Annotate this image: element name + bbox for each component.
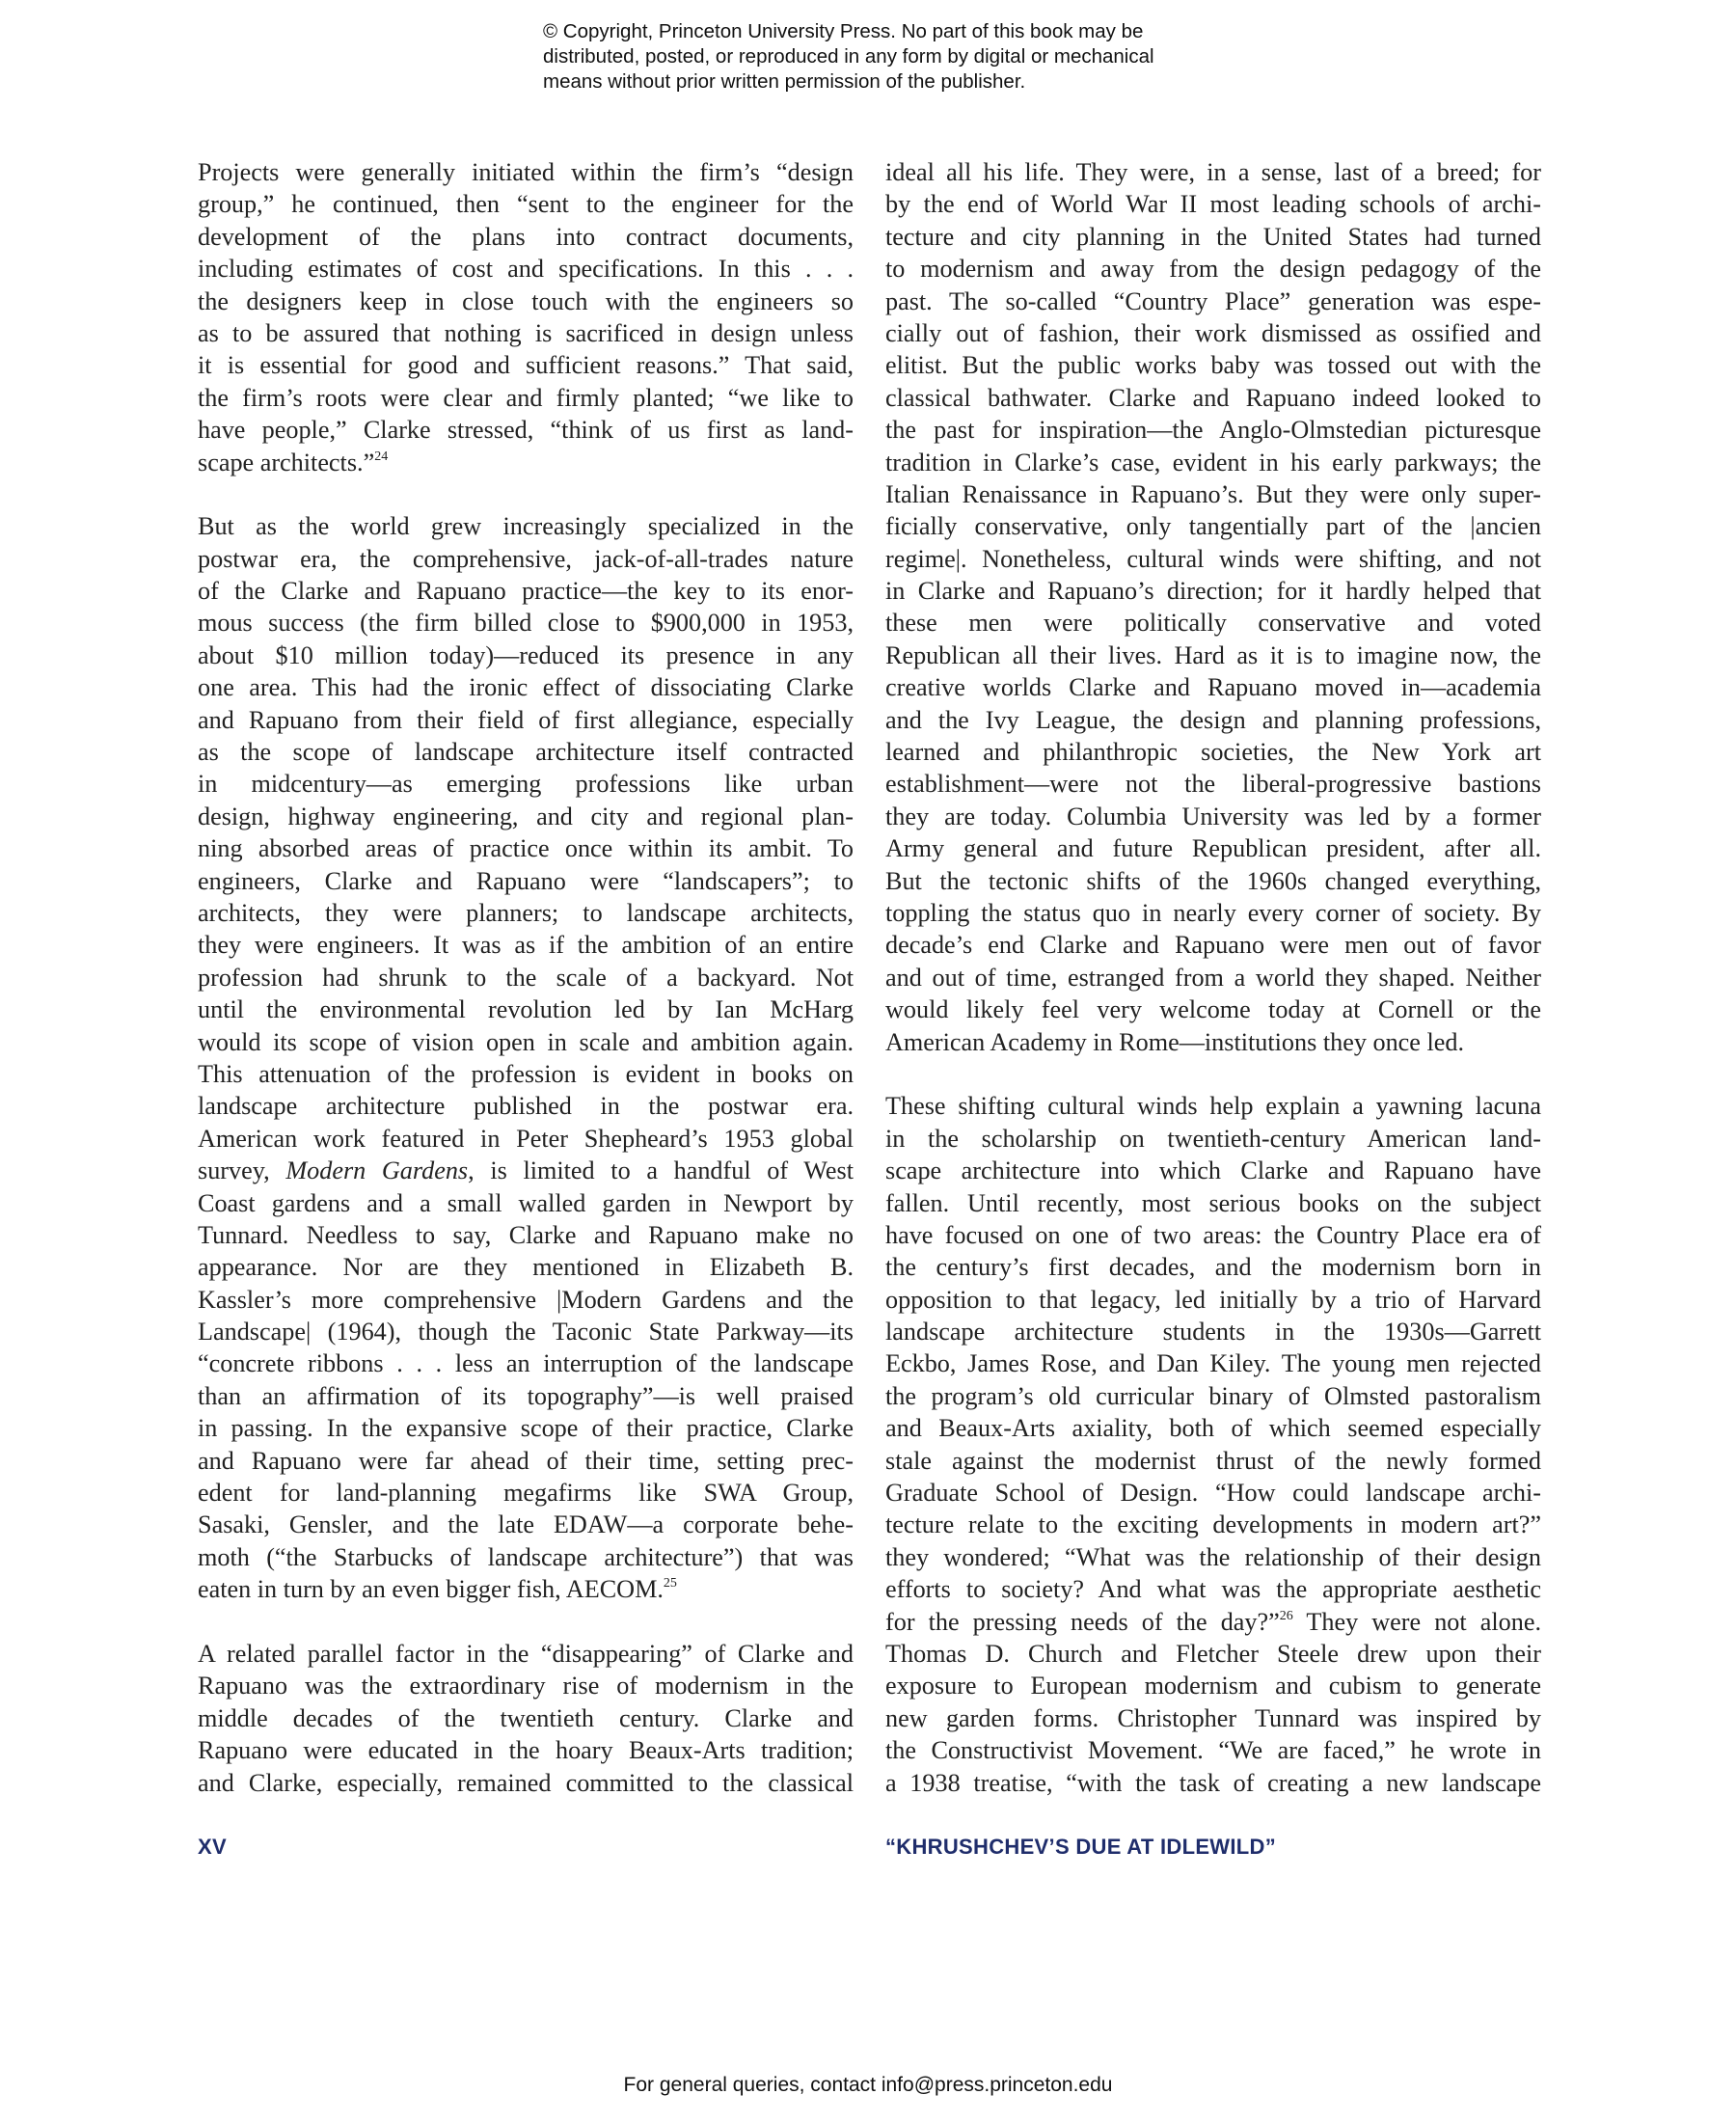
- text-line: new garden forms. Christopher Tunnard wa…: [885, 1702, 1541, 1734]
- text-line: Projects were generally initiated within…: [198, 156, 854, 188]
- text-line: toppling the status quo in nearly every …: [885, 897, 1541, 929]
- text-line: Sasaki, Gensler, and the late EDAW—a cor…: [198, 1509, 854, 1540]
- left-text-column: Projects were generally initiated within…: [198, 156, 854, 1831]
- text-line: Republican all their lives. Hard as it i…: [885, 639, 1541, 671]
- text-line: they were engineers. It was as if the am…: [198, 929, 854, 961]
- text-line: until the environmental revolution led b…: [198, 993, 854, 1025]
- text-line: Thomas D. Church and Fletcher Steele dre…: [885, 1638, 1541, 1670]
- copyright-line: © Copyright, Princeton University Press.…: [543, 19, 1218, 44]
- text-line: middle decades of the twentieth century.…: [198, 1702, 854, 1734]
- text-line: past. The so-called “Country Place” gene…: [885, 286, 1541, 317]
- text-line: in midcentury—as emerging professions li…: [198, 768, 854, 800]
- text-line: learned and philanthropic societies, the…: [885, 736, 1541, 768]
- text-line: one area. This had the ironic effect of …: [198, 671, 854, 703]
- footnote-marker[interactable]: 26: [1280, 1609, 1293, 1623]
- text-line: and Clarke, especially, remained committ…: [198, 1767, 854, 1799]
- text-line: as to be assured that nothing is sacrifi…: [198, 317, 854, 349]
- text-line: These shifting cultural winds help expla…: [885, 1090, 1541, 1122]
- text-line: engineers, Clarke and Rapuano were “land…: [198, 865, 854, 897]
- text-line: and Rapuano were far ahead of their time…: [198, 1445, 854, 1477]
- text-line: regime|. Nonetheless, cultural winds wer…: [885, 543, 1541, 575]
- copyright-notice: © Copyright, Princeton University Press.…: [543, 19, 1218, 95]
- text-line: ficially conservative, only tangentially…: [885, 510, 1541, 542]
- text-line: in passing. In the expansive scope of th…: [198, 1412, 854, 1444]
- paragraph: But as the world grew increasingly speci…: [198, 510, 854, 1605]
- text-line: design, highway engineering, and city an…: [198, 801, 854, 832]
- text-line: scape architects.”24: [198, 447, 854, 478]
- text-line: and Rapuano from their field of first al…: [198, 704, 854, 736]
- paragraph: ideal all his life. They were, in a sens…: [885, 156, 1541, 1058]
- text-line: tecture and city planning in the United …: [885, 221, 1541, 253]
- text-line: American Academy in Rome—institutions th…: [885, 1026, 1541, 1058]
- text-line: fallen. Until recently, most serious boo…: [885, 1187, 1541, 1219]
- text-line: appearance. Nor are they mentioned in El…: [198, 1251, 854, 1283]
- text-line: a 1938 treatise, “with the task of creat…: [885, 1767, 1541, 1799]
- text-line: about $10 million today)—reduced its pre…: [198, 639, 854, 671]
- text-line: exposure to European modernism and cubis…: [885, 1670, 1541, 1701]
- text-line: and out of time, estranged from a world …: [885, 962, 1541, 993]
- text-line: mous success (the firm billed close to $…: [198, 607, 854, 639]
- text-line: they wondered; “What was the relationshi…: [885, 1541, 1541, 1573]
- text-line: the past for inspiration—the Anglo-Olmst…: [885, 414, 1541, 446]
- text-line: Coast gardens and a small walled garden …: [198, 1187, 854, 1219]
- text-line: in the scholarship on twentieth-century …: [885, 1123, 1541, 1155]
- text-line: as the scope of landscape architecture i…: [198, 736, 854, 768]
- text-line: and Beaux-Arts axiality, both of which s…: [885, 1412, 1541, 1444]
- text-line: the century’s first decades, and the mod…: [885, 1251, 1541, 1283]
- text-line: they are today. Columbia University was …: [885, 801, 1541, 832]
- text-line: would likely feel very welcome today at …: [885, 993, 1541, 1025]
- text-line: and the Ivy League, the design and plann…: [885, 704, 1541, 736]
- text-line: Graduate School of Design. “How could la…: [885, 1477, 1541, 1509]
- text-line: A related parallel factor in the “disapp…: [198, 1638, 854, 1670]
- text-line: tecture relate to the exciting developme…: [885, 1509, 1541, 1540]
- text-line: have people,” Clarke stressed, “think of…: [198, 414, 854, 446]
- text-line: in Clarke and Rapuano’s direction; for i…: [885, 575, 1541, 607]
- text-line: stale against the modernist thrust of th…: [885, 1445, 1541, 1477]
- text-line: the program’s old curricular binary of O…: [885, 1380, 1541, 1412]
- text-line: decade’s end Clarke and Rapuano were men…: [885, 929, 1541, 961]
- text-line: profession had shrunk to the scale of a …: [198, 962, 854, 993]
- text-line: creative worlds Clarke and Rapuano moved…: [885, 671, 1541, 703]
- text-line: tradition in Clarke’s case, evident in h…: [885, 447, 1541, 478]
- text-line: This attenuation of the profession is ev…: [198, 1058, 854, 1090]
- text-line: efforts to society? And what was the app…: [885, 1573, 1541, 1605]
- text-line: Kassler’s more comprehensive |Modern Gar…: [198, 1284, 854, 1316]
- text-line: landscape architecture students in the 1…: [885, 1316, 1541, 1347]
- right-text-column: ideal all his life. They were, in a sens…: [885, 156, 1541, 1831]
- text-line: ning absorbed areas of practice once wit…: [198, 832, 854, 864]
- paragraph: These shifting cultural winds help expla…: [885, 1090, 1541, 1799]
- text-line: Landscape| (1964), though the Taconic St…: [198, 1316, 854, 1347]
- text-line: scape architecture into which Clarke and…: [885, 1155, 1541, 1186]
- text-line: group,” he continued, then “sent to the …: [198, 188, 854, 220]
- text-line: opposition to that legacy, led initially…: [885, 1284, 1541, 1316]
- footnote-marker[interactable]: 25: [664, 1576, 677, 1591]
- text-line: edent for land-planning megafirms like S…: [198, 1477, 854, 1509]
- text-line: landscape architecture published in the …: [198, 1090, 854, 1122]
- contact-footer: For general queries, contact info@press.…: [0, 2074, 1736, 2097]
- text-line: elitist. But the public works baby was t…: [885, 349, 1541, 381]
- text-line: cially out of fashion, their work dismis…: [885, 317, 1541, 349]
- text-line: the designers keep in close touch with t…: [198, 286, 854, 317]
- paragraph: A related parallel factor in the “disapp…: [198, 1638, 854, 1799]
- text-line: development of the plans into contract d…: [198, 221, 854, 253]
- text-line: ideal all his life. They were, in a sens…: [885, 156, 1541, 188]
- text-line: Army general and future Republican presi…: [885, 832, 1541, 864]
- text-line: of the Clarke and Rapuano practice—the k…: [198, 575, 854, 607]
- page-number: XV: [198, 1835, 227, 1860]
- text-line: postwar era, the comprehensive, jack-of-…: [198, 543, 854, 575]
- text-line: for the pressing needs of the day?”26 Th…: [885, 1606, 1541, 1638]
- text-line: have focused on one of two areas: the Co…: [885, 1219, 1541, 1251]
- text-line: than an affirmation of its topography”—i…: [198, 1380, 854, 1412]
- running-head: “KHRUSHCHEV’S DUE AT IDLEWILD”: [885, 1835, 1276, 1860]
- text-line: But the tectonic shifts of the 1960s cha…: [885, 865, 1541, 897]
- text-line: it is essential for good and sufficient …: [198, 349, 854, 381]
- text-line: survey, Modern Gardens, is limited to a …: [198, 1155, 854, 1186]
- text-line: classical bathwater. Clarke and Rapuano …: [885, 382, 1541, 414]
- copyright-line: means without prior written permission o…: [543, 69, 1218, 95]
- text-line: would its scope of vision open in scale …: [198, 1026, 854, 1058]
- text-line: Rapuano was the extraordinary rise of mo…: [198, 1670, 854, 1701]
- text-line: Italian Renaissance in Rapuano’s. But th…: [885, 478, 1541, 510]
- text-line: establishment—were not the liberal-progr…: [885, 768, 1541, 800]
- text-line: American work featured in Peter Shephear…: [198, 1123, 854, 1155]
- text-line: these men were politically conservative …: [885, 607, 1541, 639]
- text-line: Rapuano were educated in the hoary Beaux…: [198, 1734, 854, 1766]
- text-line: Tunnard. Needless to say, Clarke and Rap…: [198, 1219, 854, 1251]
- text-line: including estimates of cost and specific…: [198, 253, 854, 285]
- text-line: But as the world grew increasingly speci…: [198, 510, 854, 542]
- copyright-line: distributed, posted, or reproduced in an…: [543, 44, 1218, 69]
- footnote-marker[interactable]: 24: [374, 449, 388, 464]
- text-line: to modernism and away from the design pe…: [885, 253, 1541, 285]
- text-line: the Constructivist Movement. “We are fac…: [885, 1734, 1541, 1766]
- text-line: by the end of World War II most leading …: [885, 188, 1541, 220]
- text-line: eaten in turn by an even bigger fish, AE…: [198, 1573, 854, 1605]
- paragraph: Projects were generally initiated within…: [198, 156, 854, 478]
- text-line: the firm’s roots were clear and firmly p…: [198, 382, 854, 414]
- text-line: “concrete ribbons . . . less an interrup…: [198, 1347, 854, 1379]
- text-line: Eckbo, James Rose, and Dan Kiley. The yo…: [885, 1347, 1541, 1379]
- text-line: moth (“the Starbucks of landscape archit…: [198, 1541, 854, 1573]
- text-line: architects, they were planners; to lands…: [198, 897, 854, 929]
